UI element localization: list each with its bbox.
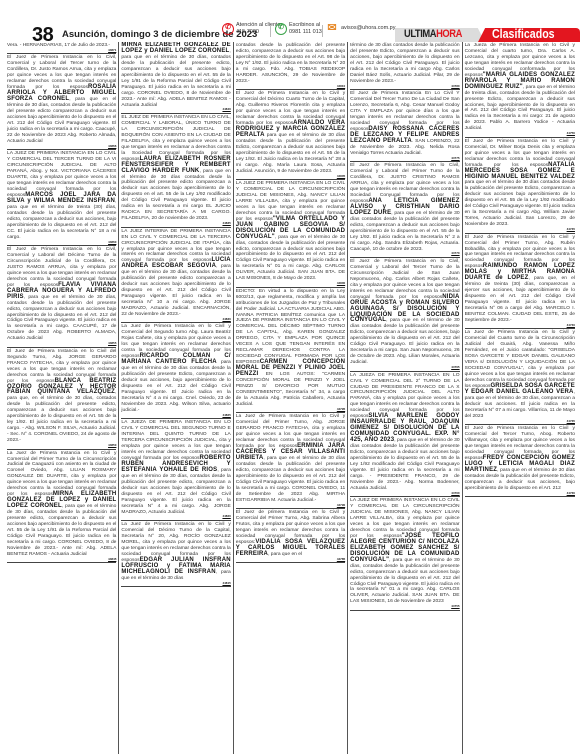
legal-notice: El Juez de Primera Instancia en lo Civil…: [7, 348, 116, 450]
contact-label: Escribinos al: [289, 22, 320, 28]
legal-notice: El Juez de Primera Instancia en lo Civil…: [350, 258, 459, 372]
notice-code: 44800: [236, 282, 345, 286]
whatsapp-contact: ✆ Escribinos al 0981 111 013: [275, 22, 322, 35]
mail-icon: ✉: [325, 22, 339, 34]
whatsapp-icon: ✆: [275, 23, 287, 35]
notice-text: , para que, en el término de treinta (30…: [465, 276, 575, 323]
column-2: MIRNA ELIZABETH GONZALEZ DE LOPEZ y DANI…: [119, 42, 233, 754]
notice-text: para que en el término de 30 días contad…: [121, 360, 230, 413]
notice-code: 44840: [121, 108, 230, 112]
notice-code: 44860: [7, 241, 116, 245]
notice-text: , para que en el término de 30 días, con…: [7, 295, 116, 342]
notice-code: 44866: [7, 145, 116, 149]
notice-text: contados desde la publicación del presen…: [236, 43, 345, 84]
divider: [322, 25, 323, 37]
legal-notice: La Juez de Primera Instancia en lo Civil…: [236, 413, 345, 509]
section-title: Clasificados: [492, 27, 555, 41]
legal-notice: El Juez de Primera Instancia En Lo Civil…: [350, 90, 459, 162]
legal-notice: EL JUEZ DE PRIMERA INSTANCIA EN LO CIVIL…: [121, 114, 230, 228]
notice-text: Vera. - HERNANDARIAS, 17 de Julio de 202…: [7, 43, 110, 48]
legal-notice: El Juez de Primera Instancia en lo Civil…: [7, 54, 116, 150]
notice-text: , para que en el término de 30 días, con…: [7, 504, 116, 557]
notice-text: , para que en el término de 30 días cont…: [121, 169, 230, 222]
contact-value: 415 7000: [236, 29, 259, 35]
legal-notice: El Juez de Primera Instancia en lo Civil…: [7, 246, 116, 348]
notice-text: , para que en el: [268, 552, 302, 557]
notice-code: 44785: [236, 558, 345, 562]
notice-text: EDICTO: En virtud a lo dispuesto en la L…: [236, 289, 345, 365]
legal-notice: El Juez de primera Instancia en lo Civil…: [236, 509, 345, 563]
section-banner: Clasificados: [478, 28, 580, 42]
column-3: contados desde la publicación del presen…: [234, 42, 348, 754]
notice-code: 44730: [465, 492, 575, 496]
notice-code: 44871: [7, 49, 116, 53]
legal-notice: El Juez de Primera Instancia en lo Civil…: [350, 162, 459, 258]
contact-value: 0981 111 013: [289, 29, 322, 35]
legal-notice: LA JUEZ DE PRIMERA INSTANCIA EN LO CIVIL…: [350, 497, 459, 611]
page-header: 38 Asunción, domingo 3 de diciembre de 2…: [0, 0, 580, 40]
notice-text: LA JUEZA DE PRIMERA INSTANCIA EN LO CIVI…: [350, 373, 459, 420]
notice-text: LA JUEZ DE PRIMERA INSTANCIA EN LO CIVIL…: [7, 151, 116, 198]
phone-icon: ✆: [222, 23, 234, 35]
contact-value: avisos@uhora.com.py: [341, 25, 396, 32]
notice-code: 44760: [350, 492, 459, 496]
notice-code: 44775: [350, 157, 459, 161]
notice-code: 44750: [465, 132, 575, 136]
notice-text: para que en el término de 30 días contad…: [236, 133, 345, 174]
notice-code: 44815: [121, 582, 230, 586]
notice-code: 44805: [236, 175, 345, 179]
legal-notice: El Juez de Primera Instancia en lo Civil…: [465, 234, 575, 330]
notice-text: , para que en el término de 30 días, con…: [7, 97, 116, 144]
notice-text: , para que en el término de treinta (30)…: [7, 199, 116, 240]
notice-text: , para que en el término de 30 días, con…: [236, 235, 345, 282]
notice-code: 44745: [465, 228, 575, 232]
notice-code: 44855: [7, 342, 116, 346]
column-1: Vera. - HERNANDARIAS, 17 de Julio de 202…: [5, 42, 119, 754]
notice-code: 44740: [465, 324, 575, 328]
column-5: La Jueza de Primera Instancia en lo Civi…: [463, 42, 577, 754]
legal-notice: La Juez de Primera Instancia en lo Civil…: [465, 329, 575, 425]
notice-code: 44850: [7, 444, 116, 448]
legal-notice: La Juez de Primera Instancia en lo Civil…: [121, 521, 230, 587]
notice-text: EL JUEZ DE PRIMERA INSTANCIA EN LO CIVIL…: [121, 115, 230, 162]
notice-code: 44810: [236, 85, 345, 89]
email-contact: ✉ avisos@uhora.com.py: [325, 22, 396, 34]
legal-notice: El Juez de Primera Instancia en lo Civil…: [236, 90, 345, 180]
notice-code: 44830: [121, 318, 230, 322]
column-4: término de 30 días contados desde la pub…: [348, 42, 462, 754]
classifieds-columns: Vera. - HERNANDARIAS, 17 de Julio de 202…: [5, 42, 577, 754]
legal-notice: EDICTO: En virtud a lo dispuesto en la L…: [236, 288, 345, 414]
legal-notice: MIRNA ELIZABETH GONZALEZ DE LOPEZ y DANI…: [121, 42, 230, 114]
notice-code: 44845: [7, 558, 116, 562]
notice-text: EN LOS AUTOS: "CARMEN CONCEPCIÓN MORAL D…: [236, 372, 345, 407]
notice-text: para que en el término de 30 días contad…: [465, 180, 575, 227]
legal-notice: contados desde la publicación del presen…: [236, 42, 345, 90]
customer-service-contact: ✆ Atención al cliente: 415 7000: [222, 22, 282, 35]
notice-text: , para que en el término de 30 días, con…: [121, 468, 230, 515]
notice-code: 44765: [350, 366, 459, 370]
notice-code: 44790: [236, 504, 345, 508]
legal-notice: Vera. - HERNANDARIAS, 17 de Julio de 202…: [7, 42, 116, 54]
notice-text: , para que en el término de 30 días, con…: [121, 264, 230, 317]
notice-text: , para que en el término de 30 días, con…: [350, 558, 459, 605]
notice-code: 44795: [236, 408, 345, 412]
notice-parties: MIRNA ELIZABETH GONZALEZ DE LOPEZ y DANI…: [121, 42, 230, 54]
notice-code: 44820: [121, 515, 230, 519]
notice-text: , para que en el término de 30 días cont…: [350, 318, 459, 365]
notice-text: , para que en el término de 30 días cont…: [350, 438, 459, 491]
legal-notice: La Jueza de Primera Instancia en lo Civi…: [465, 42, 575, 138]
notice-text: , para que en el término de 30 días cont…: [350, 211, 459, 252]
legal-notice: La Juez de Primera Instancia en lo Civil…: [7, 450, 116, 564]
legal-notice: LA JUEZA DE PRIMERA INSTANCIA EN LO CIVI…: [121, 419, 230, 521]
notice-code: 44780: [350, 85, 459, 89]
legal-notice: LA JUEZ INTERINA DE PRIMERA INSTANCIA EN…: [121, 228, 230, 324]
notice-text: , para que en el término de treinta días…: [465, 85, 575, 132]
notice-text: La Juez de Primera Instancia en lo Civil…: [465, 330, 575, 389]
notice-code: 44755: [350, 605, 459, 609]
notice-text: , para que, en el término de 30 días, co…: [7, 390, 116, 443]
notice-code: 44735: [465, 420, 575, 424]
notice-text: término de 30 días contados desde la pub…: [350, 43, 459, 84]
divider: [270, 25, 271, 37]
notice-code: 44835: [121, 222, 230, 226]
notice-text: , para que en el término de 30 días cont…: [236, 456, 345, 503]
legal-notice: término de 30 días contados desde la pub…: [350, 42, 459, 90]
notice-code: 44770: [350, 252, 459, 256]
legal-notice: El Juez de Primera Instancia en lo Civil…: [465, 425, 575, 497]
notice-text: , para que en el término de 30 días, con…: [121, 49, 230, 108]
legal-notice: LA JUEZA DE PRIMERA INSTANCIA EN LO CIVI…: [350, 372, 459, 498]
legal-notice: La Juez de Primera Instancia en lo Civil…: [121, 323, 230, 419]
notice-code: 44825: [121, 414, 230, 418]
legal-notice: El Juez de Primera Instancia en lo Civil…: [465, 138, 575, 234]
brand-logo: ULTIMAHORA: [404, 28, 462, 40]
legal-notice: LA JUEZ DE PRIMERA INSTANCIA EN LO CIVIL…: [7, 150, 116, 246]
legal-notice: LA JUEZ DE PRIMERA INSTANCIA EN LO CIVIL…: [236, 180, 345, 288]
notice-text: La Juez de Primera Instancia en lo Civil…: [7, 451, 116, 498]
